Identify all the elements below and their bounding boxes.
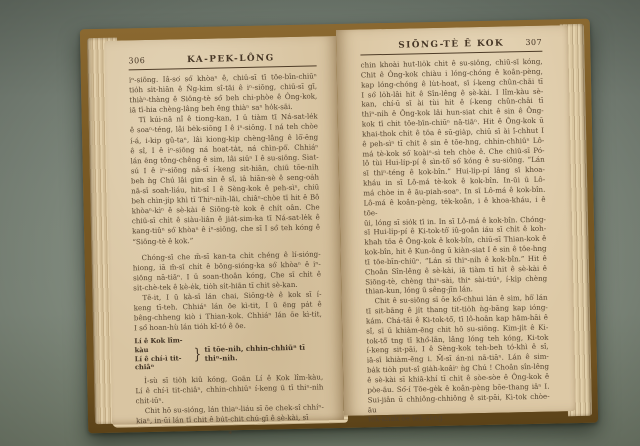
prayer-inset-tail: tī tōe-ni̍h, chhin-chhiūⁿ tī thiⁿ-ni̍h. <box>204 342 322 362</box>
left-page: 306 KA-PEK-LÔNG iⁿ-siōng. Iâ-so͘ só͘ khò… <box>104 36 344 425</box>
paragraph: Chit hō su-sióng, lán thiaⁿ-liáu sī ōe c… <box>136 402 324 426</box>
brace-glyph: } <box>194 344 202 362</box>
header-rule-left <box>129 65 317 70</box>
running-title-left: KA-PEK-LÔNG <box>145 52 316 66</box>
body-text-left-top: iⁿ-siōng. Iâ-so͘ só͘ khòaⁿ ê, chiū-sī tī… <box>129 71 322 333</box>
prayer-inset: Lí ê Kok lîm-kàu Lí ê chí-ì tit-chiâⁿ } … <box>134 334 323 372</box>
paragraph: Tī kúi-nā nî ê tiong-kan, I ū tiàm tī Ná… <box>130 112 321 247</box>
prayer-line-1: Lí ê Kok lîm-kàu <box>134 336 192 354</box>
running-title-right: SIŌNG-TÈ Ê KOK <box>377 38 526 51</box>
page-number-left: 306 <box>128 56 145 65</box>
prayer-inset-lines: Lí ê Kok lîm-kàu Lí ê chí-ì tit-chiâⁿ <box>134 336 192 372</box>
open-book: 306 KA-PEK-LÔNG iⁿ-siōng. Iâ-so͘ só͘ khò… <box>80 19 598 434</box>
paragraph: iⁿ-siōng. Iâ-so͘ só͘ khòaⁿ ê, chiū-sī tī… <box>129 71 318 115</box>
prayer-line-2: Lí ê chí-ì tit-chiâⁿ <box>135 354 193 372</box>
body-text-right: chin khoài hut-lio̍k chit ê su-siōng, ch… <box>361 57 551 425</box>
right-page: 307 SIŌNG-TÈ Ê KOK 307 chin khoài hut-li… <box>336 25 576 416</box>
scene-background: 306 KA-PEK-LÔNG iⁿ-siōng. Iâ-so͘ só͘ khò… <box>0 0 640 446</box>
footnote-mark: * <box>136 428 324 441</box>
paragraph: chin khoài hut-lio̍k chit ê su-siōng, ch… <box>361 57 548 297</box>
paragraph: Tē-it, I ū kà-sī lán chai, Siōng-tè ê ko… <box>133 289 322 333</box>
paragraph: Chóng-sī che m̄-sī kan-ta chi̍t chéng ê … <box>133 249 322 293</box>
header-rule-right <box>360 51 542 56</box>
running-header-right: 307 SIŌNG-TÈ Ê KOK 307 <box>360 38 542 52</box>
body-text-left-bottom: Ì-sù sī tio̍h kiû kóng, Goān Lí ê Kok lî… <box>135 372 324 426</box>
paragraph: Chit ê su-siōng sī ōe kó͘-chhui lán ê si… <box>365 293 550 425</box>
page-number-right: 307 <box>525 38 542 47</box>
running-header-left: 306 KA-PEK-LÔNG <box>128 52 316 66</box>
paragraph: Ì-sù sī tio̍h kiû kóng, Goān Lí ê Kok lî… <box>135 372 324 406</box>
